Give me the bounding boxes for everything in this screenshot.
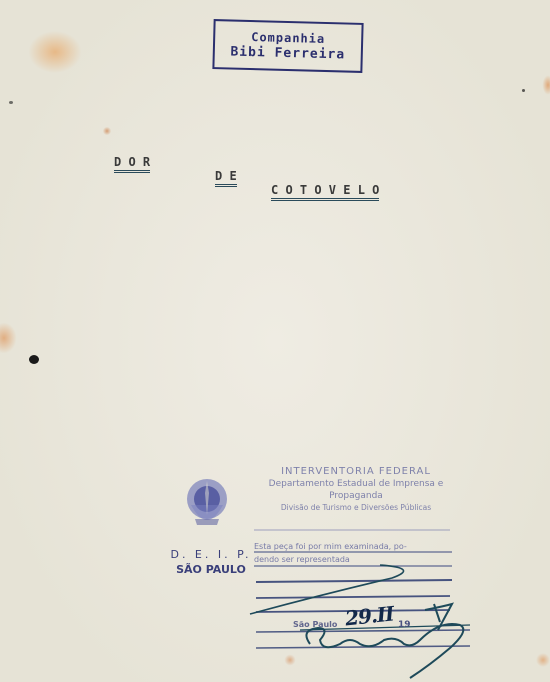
ink-speck [9, 101, 13, 104]
deip-agency: D. E. I. P. [170, 547, 252, 562]
play-title: D O R D E C O T O V E L O [114, 141, 143, 211]
title-word-1: D O R [114, 155, 150, 173]
title-word-2: D E [215, 169, 237, 187]
date-label: São Paulo [293, 620, 337, 629]
deip-label: D. E. I. P. SÃO PAULO [170, 547, 252, 577]
document-page: Companhia Bibi Ferreira D O R D E C O T … [0, 0, 550, 682]
title-word-3: C O T O V E L O [271, 183, 379, 201]
company-stamp-line2: Bibi Ferreira [215, 44, 361, 64]
ink-speck [522, 89, 525, 92]
handwritten-strokes [0, 0, 550, 682]
approval-notice: Esta peça foi por mim examinada, po- den… [254, 540, 454, 566]
stamp-lines [0, 0, 550, 682]
handwritten-date: 29.II [344, 602, 395, 631]
deip-city: SÃO PAULO [170, 562, 252, 577]
interventoria-header: INTERVENTORIA FEDERAL [250, 466, 462, 478]
year-prefix: 19 [398, 620, 411, 630]
department-line2: Propaganda [250, 490, 462, 502]
company-stamp: Companhia Bibi Ferreira [212, 19, 363, 73]
notice-line2: dendo ser representada [254, 553, 454, 566]
censorship-header: INTERVENTORIA FEDERAL Departamento Estad… [250, 466, 462, 514]
ink-speck [29, 355, 39, 364]
notice-line1: Esta peça foi por mim examinada, po- [254, 540, 454, 553]
coat-of-arms-icon [181, 475, 233, 531]
department-line1: Departamento Estadual de Imprensa e [250, 478, 462, 490]
division-line: Divisão de Turismo e Diversões Públicas [250, 502, 462, 514]
